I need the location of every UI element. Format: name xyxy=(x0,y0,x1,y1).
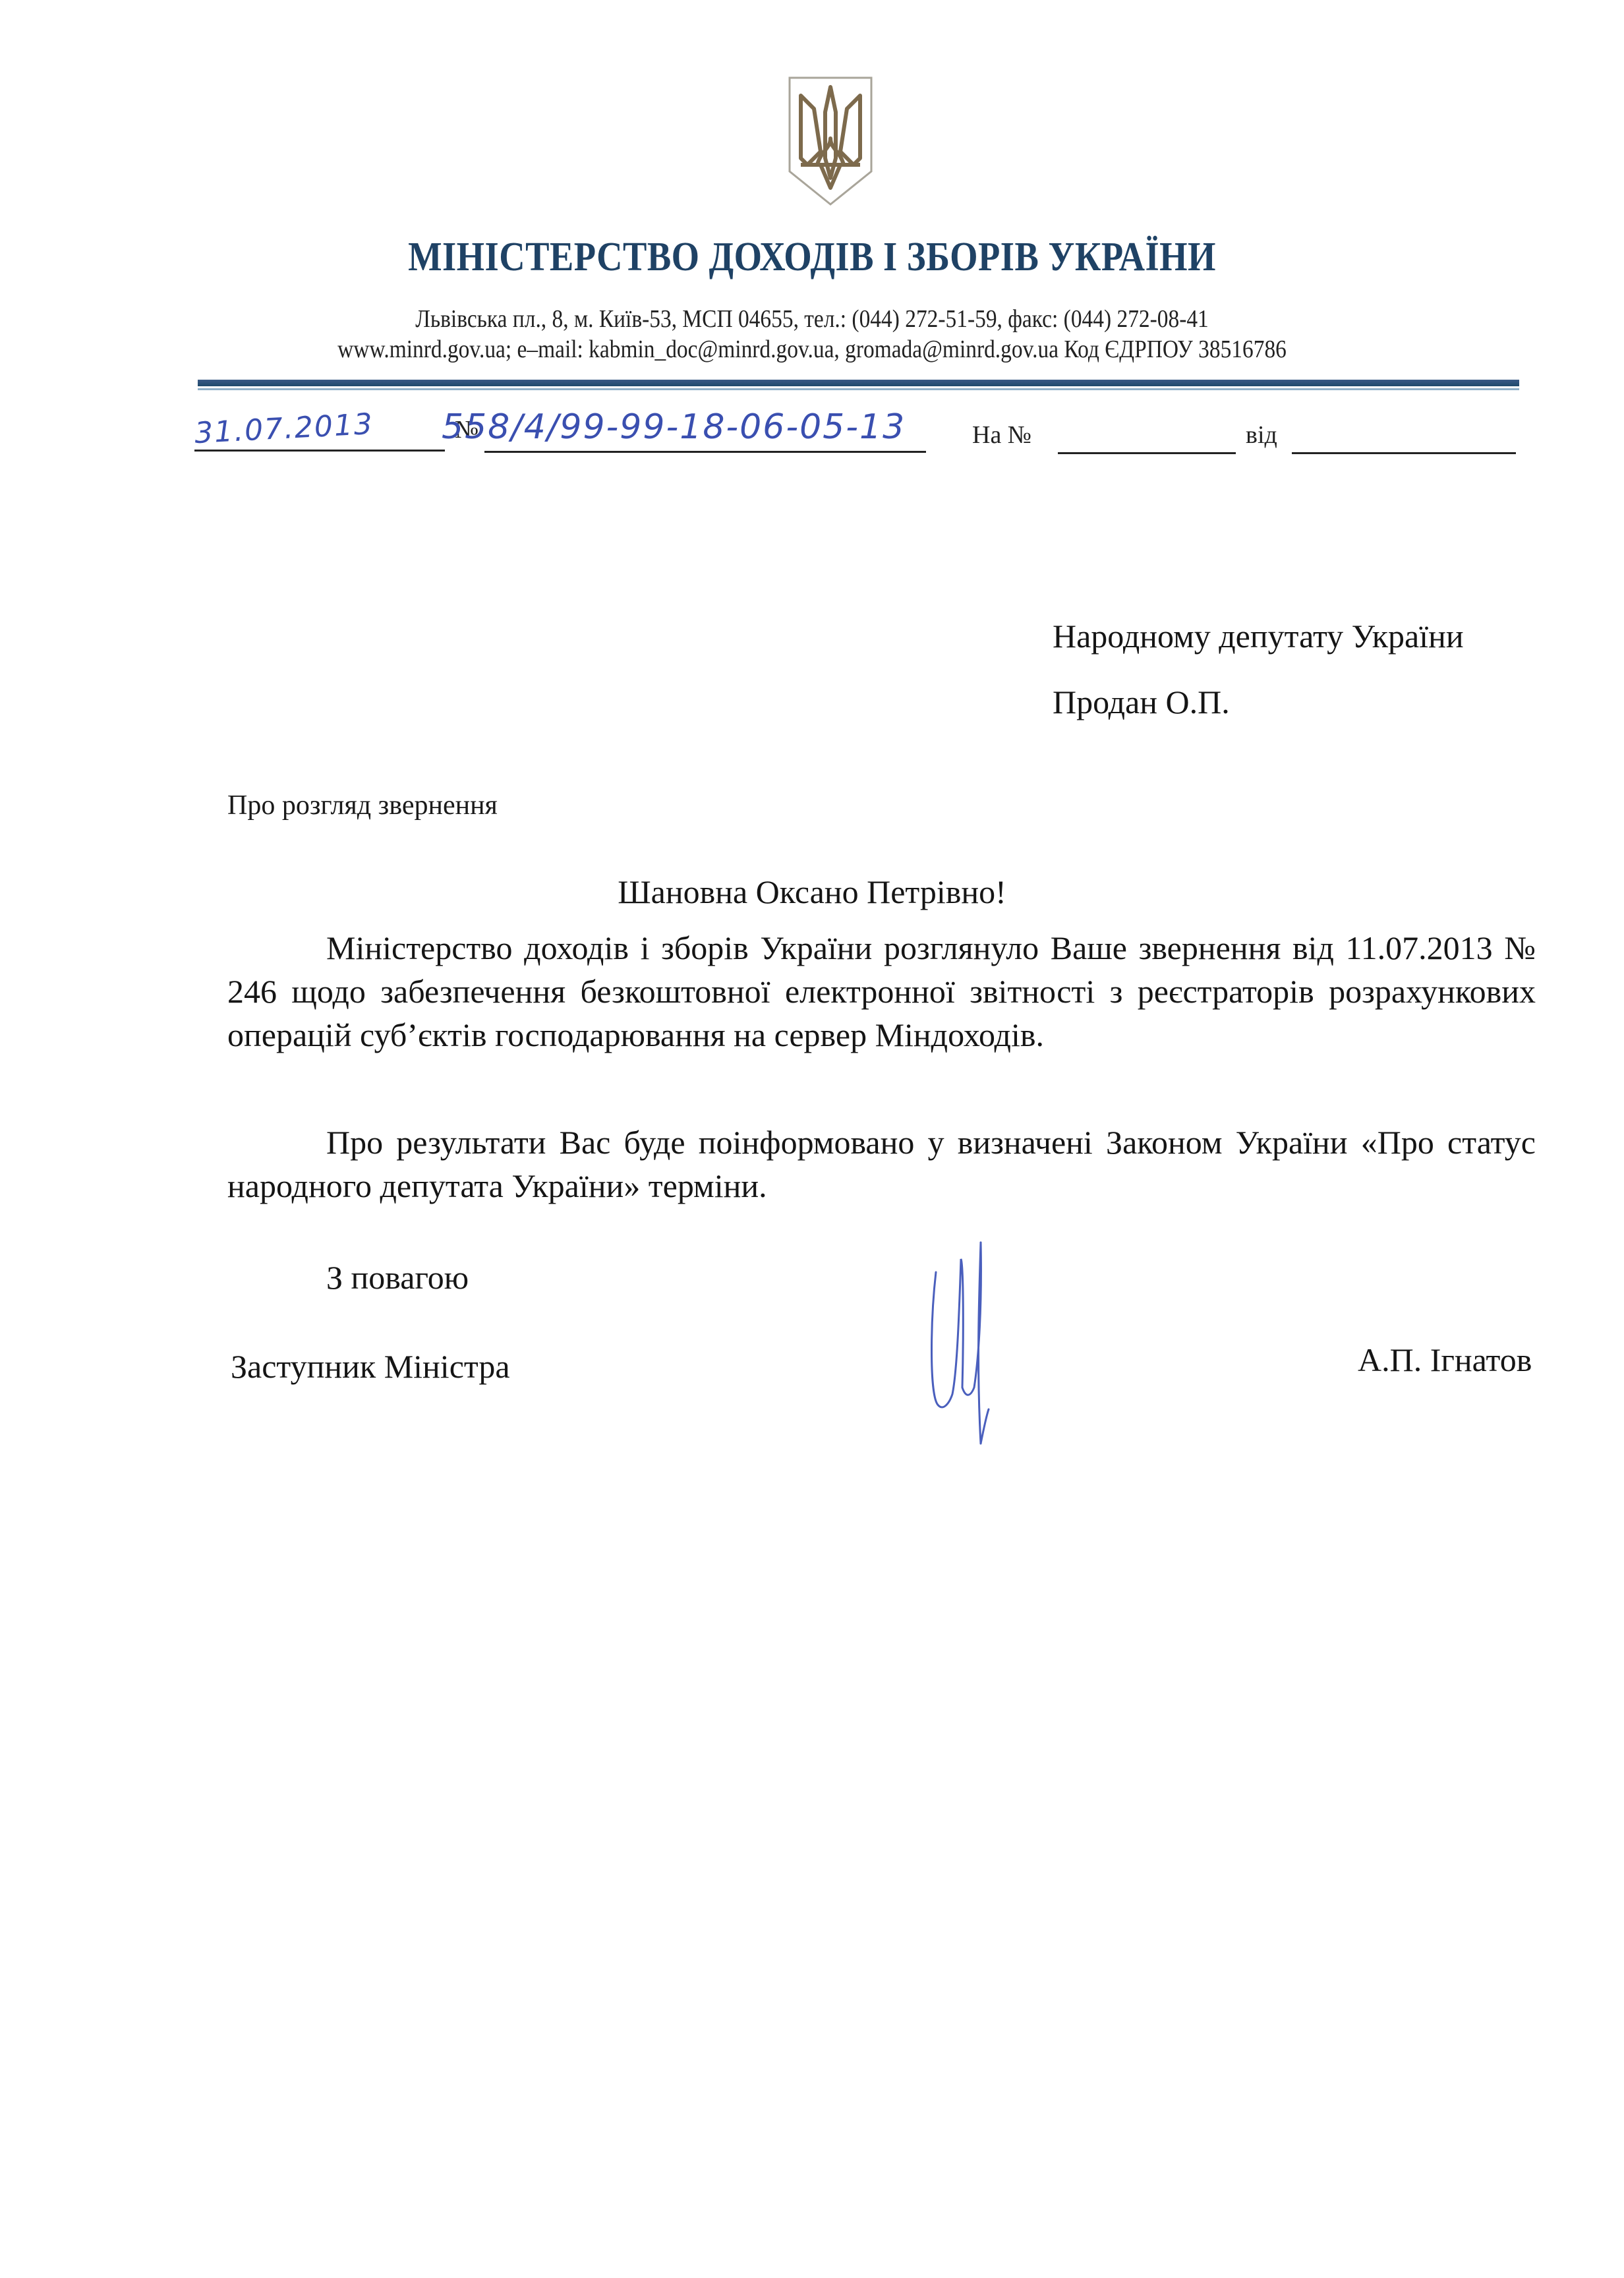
contact-line: www.minrd.gov.ua; e–mail: kabmin_doc@min… xyxy=(98,335,1526,364)
ref-number-label: На № xyxy=(972,421,1031,450)
signatory-position: Заступник Міністра xyxy=(231,1345,510,1388)
ref-number-field xyxy=(1058,452,1236,454)
registration-row: 31.07.2013 № 558/4/99-99-18-06-05-13 На … xyxy=(194,409,1526,455)
closing-regards: З повагою xyxy=(326,1256,469,1299)
signature-icon xyxy=(923,1239,1041,1463)
outgoing-date: 31.07.2013 xyxy=(194,407,374,450)
number-underline xyxy=(484,451,926,453)
body-paragraph-2: Про результати Вас буде поінформовано у … xyxy=(227,1121,1536,1208)
signatory-name: А.П. Ігнатов xyxy=(1358,1338,1532,1382)
addressee-name: Продан О.П. xyxy=(1053,669,1464,735)
date-underline xyxy=(194,450,445,452)
ministry-title: МІНІСТЕРСТВО ДОХОДІВ І ЗБОРІВ УКРАЇНИ xyxy=(98,234,1526,281)
header-divider-thin xyxy=(198,388,1519,390)
ref-from-label: від xyxy=(1246,421,1277,450)
addressee-title: Народному депутату України xyxy=(1053,603,1464,669)
coat-of-arms-icon xyxy=(784,73,877,208)
outgoing-number: 558/4/99-99-18-06-05-13 xyxy=(442,407,906,447)
greeting: Шановна Оксано Петрівно! xyxy=(0,870,1624,914)
address-line: Львівська пл., 8, м. Київ-53, МСП 04655,… xyxy=(98,305,1526,334)
subject-line: Про розгляд звернення xyxy=(227,790,498,821)
ref-date-field xyxy=(1292,452,1516,454)
header-divider xyxy=(198,380,1519,386)
body-paragraph-1: Міністерство доходів і зборів України ро… xyxy=(227,926,1536,1057)
addressee-block: Народному депутату України Продан О.П. xyxy=(1053,603,1464,735)
